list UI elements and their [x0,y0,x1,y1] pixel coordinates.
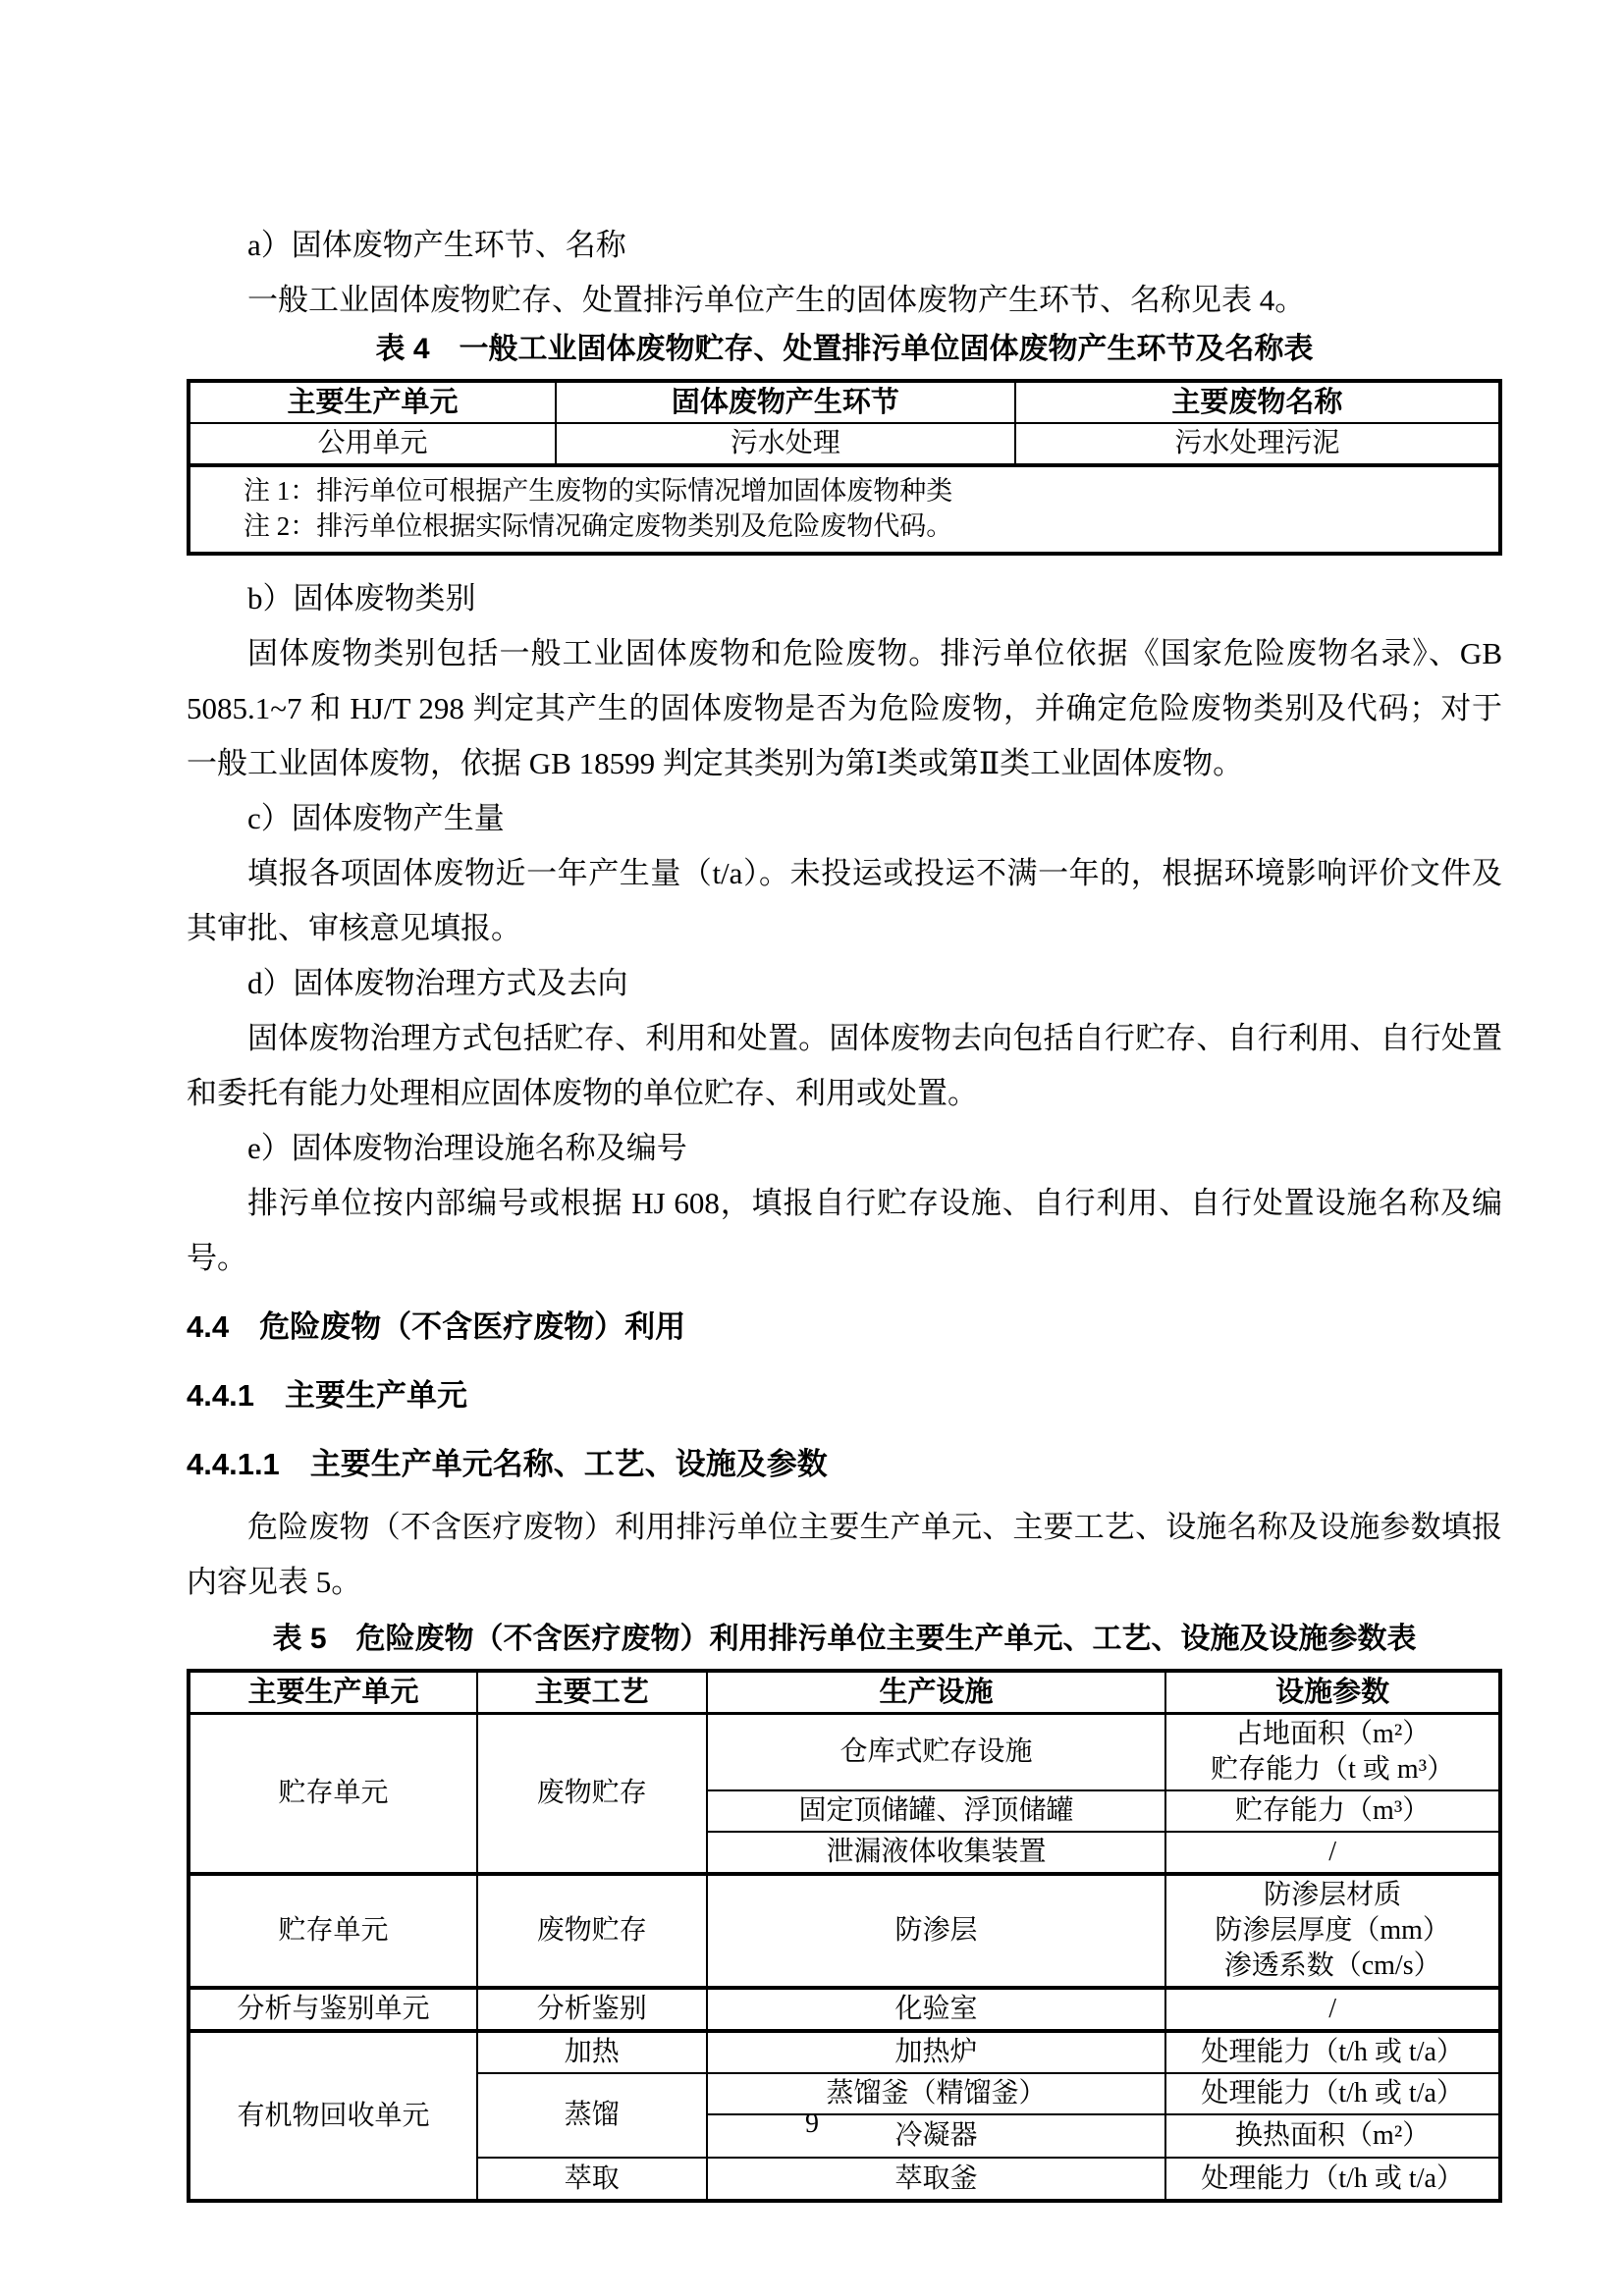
table4-header-waste-name: 主要废物名称 [1015,381,1500,423]
table4-header-unit: 主要生产单元 [189,381,556,423]
table5-row-analysis: 分析与鉴别单元 分析鉴别 化验室 / [189,1988,1500,2031]
heading-4-4: 4.4 危险废物（不含医疗废物）利用 [187,1300,1502,1355]
cell-storage-unit-2: 贮存单元 [189,1874,477,1988]
page-content: a）固体废物产生环节、名称 一般工业固体废物贮存、处置排污单位产生的固体废物产生… [187,218,1502,2203]
cell-process-storage-1: 废物贮存 [477,1714,707,1875]
param-seepage-material: 防渗层材质 [1172,1878,1492,1913]
cell-param-tanks: 贮存能力（m³） [1165,1790,1500,1832]
table4-note-1: 注 1：排污单位可根据产生废物的实际情况增加固体废物种类 [244,473,1489,508]
page-number: 9 [0,2107,1624,2142]
table5-header-unit: 主要生产单元 [189,1671,477,1714]
table4-data-row: 公用单元 污水处理 污水处理污泥 [189,423,1500,465]
table5-header-process: 主要工艺 [477,1671,707,1714]
table5-header-row: 主要生产单元 主要工艺 生产设施 设施参数 [189,1671,1500,1714]
item-d-paragraph: 固体废物治理方式包括贮存、利用和处置。固体废物去向包括自行贮存、自行利用、自行处… [187,1011,1502,1121]
table4-notes-row: 注 1：排污单位可根据产生废物的实际情况增加固体废物种类 注 2：排污单位根据实… [189,465,1500,554]
cell-unit-analysis: 分析与鉴别单元 [189,1988,477,2031]
table5-row-heating: 有机物回收单元 加热 加热炉 处理能力（t/h 或 t/a） [189,2031,1500,2073]
table4-cell-waste-name: 污水处理污泥 [1015,423,1500,465]
param-warehouse-capacity: 贮存能力（t 或 m³） [1172,1752,1492,1788]
table5-row-warehouse: 贮存单元 废物贮存 仓库式贮存设施 占地面积（m²） 贮存能力（t 或 m³） [189,1714,1500,1791]
cell-process-heating: 加热 [477,2031,707,2073]
cell-facility-seepage-layer: 防渗层 [707,1874,1166,1988]
cell-facility-tanks: 固定顶储罐、浮顶储罐 [707,1790,1166,1832]
cell-param-heating: 处理能力（t/h 或 t/a） [1165,2031,1500,2073]
item-a-paragraph: 一般工业固体废物贮存、处置排污单位产生的固体废物产生环节、名称见表 4。 [187,273,1502,328]
document-page: a）固体废物产生环节、名称 一般工业固体废物贮存、处置排污单位产生的固体废物产生… [0,0,1624,2296]
cell-process-storage-2: 废物贮存 [477,1874,707,1988]
table4-cell-stage: 污水处理 [556,423,1015,465]
cell-storage-unit-1: 贮存单元 [189,1714,477,1875]
item-a-heading: a）固体废物产生环节、名称 [187,218,1502,273]
table4-notes-cell: 注 1：排污单位可根据产生废物的实际情况增加固体废物种类 注 2：排污单位根据实… [189,465,1500,554]
cell-facility-extraction-kettle: 萃取釜 [707,2158,1166,2201]
cell-param-leak-collection: / [1165,1832,1500,1874]
cell-process-analysis: 分析鉴别 [477,1988,707,2031]
item-c-heading: c）固体废物产生量 [187,791,1502,846]
table4-cell-unit: 公用单元 [189,423,556,465]
cell-param-warehouse: 占地面积（m²） 贮存能力（t 或 m³） [1165,1714,1500,1791]
section-4-4-paragraph: 危险废物（不含医疗废物）利用排污单位主要生产单元、主要工艺、设施名称及设施参数填… [187,1500,1502,1610]
table4-header-row: 主要生产单元 固体废物产生环节 主要废物名称 [189,381,1500,423]
heading-4-4-1-1: 4.4.1.1 主要生产单元名称、工艺、设施及参数 [187,1437,1502,1492]
table5-title: 表 5 危险废物（不含医疗废物）利用排污单位主要生产单元、工艺、设施及设施参数表 [187,1618,1502,1661]
cell-facility-warehouse: 仓库式贮存设施 [707,1714,1166,1791]
table4-title: 表 4 一般工业固体废物贮存、处置排污单位固体废物产生环节及名称表 [187,328,1502,371]
item-b-heading: b）固体废物类别 [187,571,1502,626]
item-e-paragraph: 排污单位按内部编号或根据 HJ 608，填报自行贮存设施、自行利用、自行处置设施… [187,1176,1502,1286]
heading-4-4-1: 4.4.1 主要生产单元 [187,1368,1502,1423]
table4-note-2: 注 2：排污单位根据实际情况确定废物类别及危险废物代码。 [244,508,1489,544]
item-c-paragraph: 填报各项固体废物近一年产生量（t/a）。未投运或投运不满一年的，根据环境影响评价… [187,846,1502,956]
table5-row-seepage-layer: 贮存单元 废物贮存 防渗层 防渗层材质 防渗层厚度（mm） 渗透系数（cm/s） [189,1874,1500,1988]
table5-header-params: 设施参数 [1165,1671,1500,1714]
cell-param-lab: / [1165,1988,1500,2031]
item-b-paragraph: 固体废物类别包括一般工业固体废物和危险废物。排污单位依据《国家危险废物名录》、G… [187,626,1502,791]
cell-facility-heating-furnace: 加热炉 [707,2031,1166,2073]
cell-process-extraction: 萃取 [477,2158,707,2201]
table5-header-facility: 生产设施 [707,1671,1166,1714]
cell-param-extraction: 处理能力（t/h 或 t/a） [1165,2158,1500,2201]
param-seepage-permeability: 渗透系数（cm/s） [1172,1949,1492,1984]
param-seepage-thickness: 防渗层厚度（mm） [1172,1913,1492,1949]
param-warehouse-area: 占地面积（m²） [1172,1717,1492,1752]
cell-param-seepage: 防渗层材质 防渗层厚度（mm） 渗透系数（cm/s） [1165,1874,1500,1988]
cell-facility-lab: 化验室 [707,1988,1166,2031]
cell-facility-leak-collection: 泄漏液体收集装置 [707,1832,1166,1874]
table4: 主要生产单元 固体废物产生环节 主要废物名称 公用单元 污水处理 污水处理污泥 … [187,379,1502,556]
item-e-heading: e）固体废物治理设施名称及编号 [187,1121,1502,1176]
table4-header-stage: 固体废物产生环节 [556,381,1015,423]
item-d-heading: d）固体废物治理方式及去向 [187,956,1502,1011]
